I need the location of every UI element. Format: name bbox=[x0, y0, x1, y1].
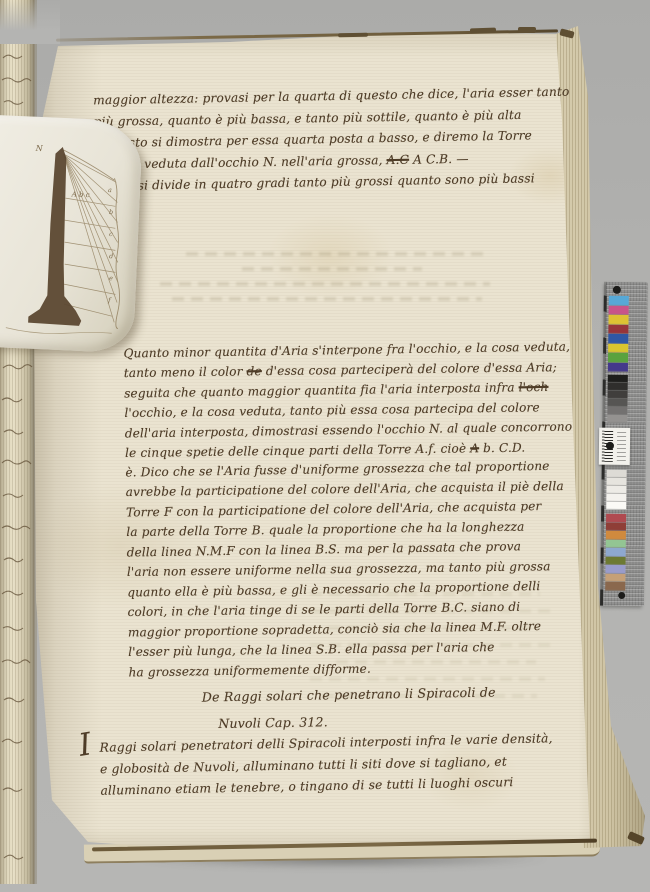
color-swatch bbox=[606, 522, 626, 531]
color-swatch bbox=[608, 383, 628, 391]
color-swatch bbox=[606, 514, 626, 523]
color-swatch bbox=[606, 548, 626, 557]
tower-shape bbox=[28, 146, 89, 326]
color-swatch bbox=[605, 582, 625, 591]
color-swatch bbox=[605, 573, 625, 582]
color-swatch bbox=[607, 470, 627, 478]
color-calibration-target bbox=[602, 282, 648, 606]
color-swatch bbox=[608, 375, 628, 383]
diagram-label: a bbox=[108, 186, 112, 194]
paragraph-3: Raggi solari penetratori delli Spiracoli… bbox=[99, 728, 553, 802]
color-swatch bbox=[607, 415, 627, 423]
barcode-text-lines bbox=[617, 432, 626, 461]
paragraph-1: maggior altezza: provasi per la quarta d… bbox=[93, 82, 571, 199]
barcode-label bbox=[599, 428, 630, 465]
color-swatch bbox=[608, 362, 628, 372]
tower-diagram: N A b c a b c d e f bbox=[0, 131, 130, 344]
diagram-label: d bbox=[109, 252, 114, 260]
diagram-label: c bbox=[109, 230, 113, 238]
color-swatch bbox=[606, 556, 626, 565]
color-swatch bbox=[607, 407, 627, 415]
edge-tatter bbox=[518, 27, 536, 33]
color-swatch bbox=[609, 296, 629, 306]
paragraph-2: Quanto minor quantita d'Aria s'interpone… bbox=[123, 338, 576, 683]
diagram-label: f bbox=[107, 296, 112, 304]
color-swatch bbox=[606, 486, 626, 494]
edge-tatter bbox=[470, 28, 496, 34]
color-swatch bbox=[608, 315, 628, 325]
color-swatch bbox=[608, 334, 628, 344]
color-swatch bbox=[606, 478, 626, 486]
color-swatch bbox=[606, 494, 626, 502]
gray-ramp-swatches bbox=[607, 375, 628, 423]
color-swatches-bottom bbox=[605, 514, 626, 591]
light-ramp-swatches bbox=[606, 470, 626, 510]
photo-background: maggior altezza: provasi per la quarta d… bbox=[0, 0, 650, 892]
diagram-labels-mid: A b c bbox=[71, 190, 90, 199]
diagram-label: b bbox=[109, 208, 114, 216]
color-swatch bbox=[606, 539, 626, 548]
chapter-heading: De Raggi solari che penetrano li Spiraco… bbox=[202, 678, 497, 737]
color-swatch bbox=[608, 391, 628, 399]
background-fade bbox=[0, 0, 60, 44]
diagram-label-apex: N bbox=[35, 144, 44, 153]
diagram-label: e bbox=[109, 274, 113, 282]
color-swatch bbox=[608, 324, 628, 334]
inserted-leaf: N A b c a b c d e f bbox=[0, 115, 143, 353]
show-through-text bbox=[152, 252, 520, 312]
registration-dot-icon bbox=[606, 442, 614, 450]
edge-tatter bbox=[338, 33, 368, 38]
registration-dot-icon bbox=[613, 286, 621, 294]
color-swatches-top bbox=[608, 296, 629, 372]
registration-dot-icon bbox=[618, 592, 625, 599]
color-swatch bbox=[608, 353, 628, 363]
color-swatch bbox=[607, 399, 627, 407]
color-swatch bbox=[606, 502, 626, 510]
color-swatch bbox=[609, 305, 629, 315]
color-swatch bbox=[608, 343, 628, 353]
color-swatch bbox=[606, 531, 626, 540]
color-swatch bbox=[605, 565, 625, 574]
